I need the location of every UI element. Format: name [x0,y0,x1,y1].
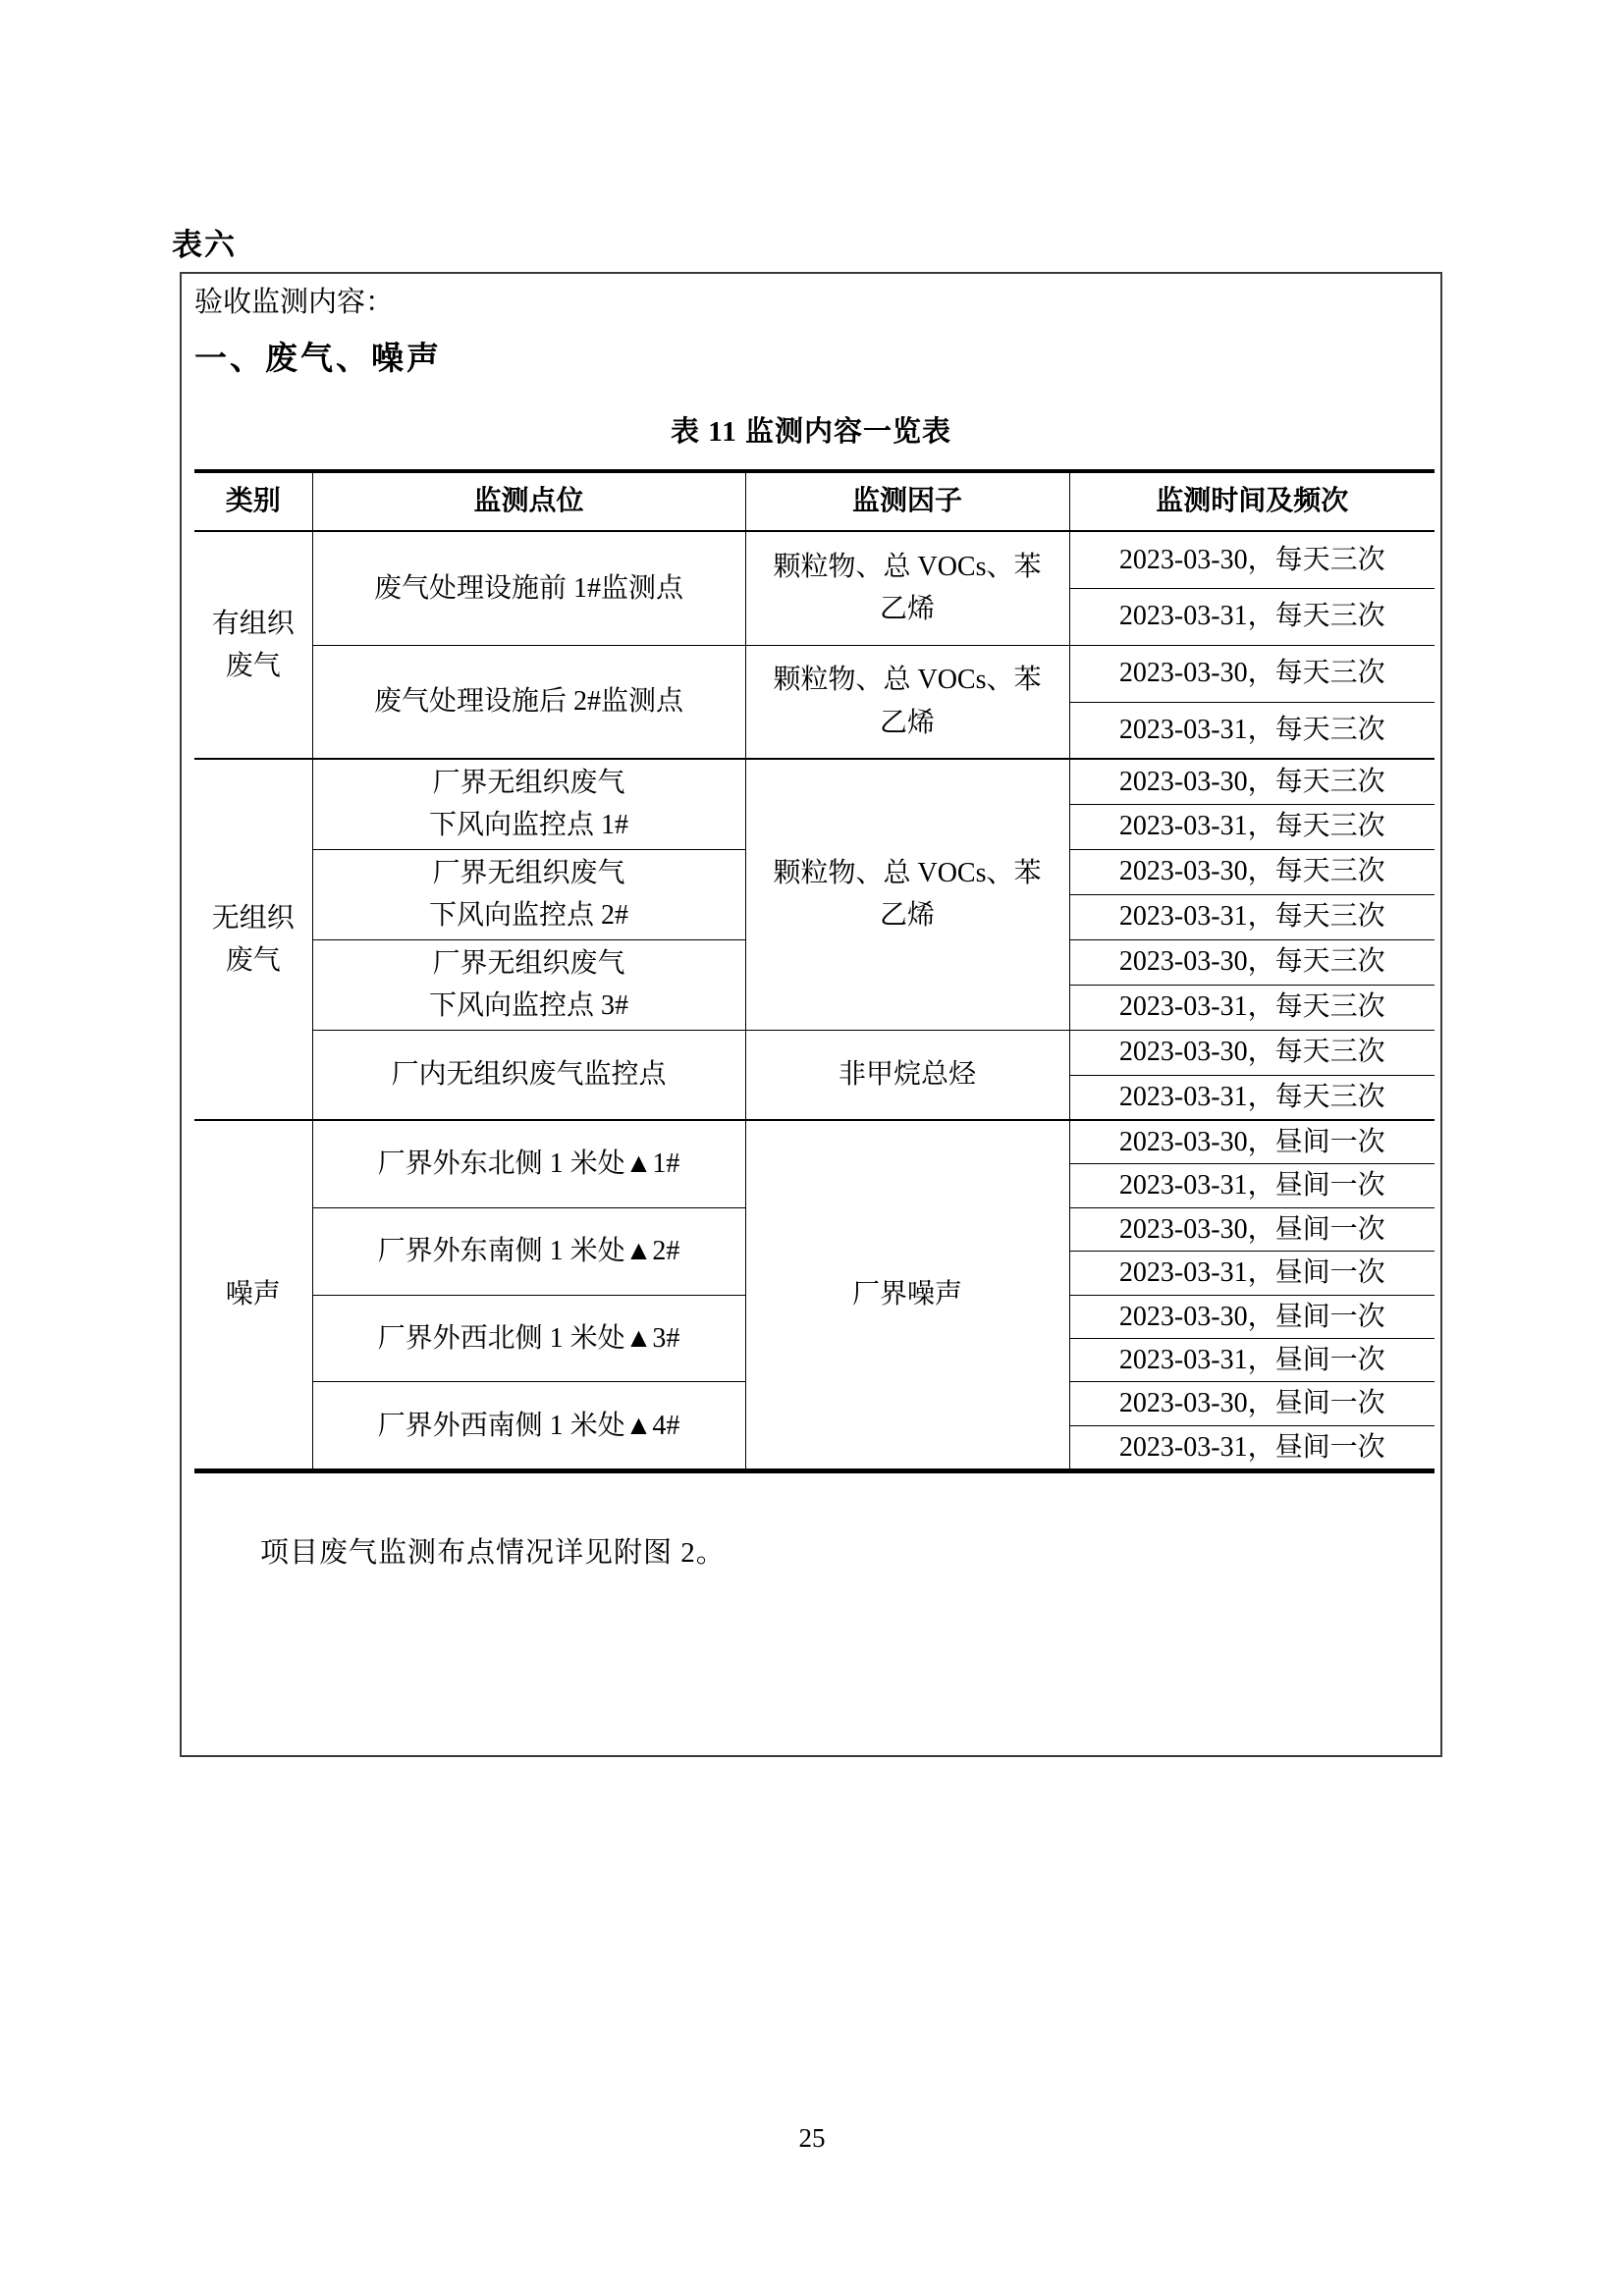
time-cell: 2023-03-30，每天三次 [1069,849,1435,894]
factor-cell-shared: 厂界噪声 [745,1120,1069,1471]
point-cell: 废气处理设施后 2#监测点 [312,645,745,759]
point-cell: 厂界外西北侧 1 米处▲3# [312,1295,745,1382]
category-cell-unorganized-gas: 无组织 废气 [194,759,312,1120]
category-cell-noise: 噪声 [194,1120,312,1471]
table-row: 无组织 废气 厂界无组织废气 下风向监控点 1# 颗粒物、总 VOCs、苯 乙烯… [194,759,1435,804]
monitoring-table: 类别 监测点位 监测因子 监测时间及频次 有组织 废气 废气处理设施前 1#监测… [194,469,1435,1473]
time-cell: 2023-03-30，昼间一次 [1069,1207,1435,1251]
header-category: 类别 [194,471,312,531]
time-cell: 2023-03-31，每天三次 [1069,894,1435,939]
time-cell: 2023-03-30，昼间一次 [1069,1295,1435,1338]
header-point: 监测点位 [312,471,745,531]
page-number: 25 [0,2123,1624,2154]
point-cell: 废气处理设施前 1#监测点 [312,531,745,645]
header-time: 监测时间及频次 [1069,471,1435,531]
factor-cell: 非甲烷总烃 [745,1030,1069,1120]
table-caption: 表 11 监测内容一览表 [182,409,1440,450]
time-cell: 2023-03-30，每天三次 [1069,531,1435,588]
time-cell: 2023-03-30，每天三次 [1069,939,1435,985]
section-heading: 一、废气、噪声 [194,333,442,379]
factor-cell: 颗粒物、总 VOCs、苯 乙烯 [745,531,1069,645]
time-cell: 2023-03-31，每天三次 [1069,1075,1435,1120]
note-text: 项目废气监测布点情况详见附图 2。 [260,1530,726,1571]
point-cell: 厂界无组织废气 下风向监控点 3# [312,939,745,1030]
factor-cell: 颗粒物、总 VOCs、苯 乙烯 [745,645,1069,759]
point-cell: 厂内无组织废气监控点 [312,1030,745,1120]
doc-label: 表六 [172,220,237,264]
table-header-row: 类别 监测点位 监测因子 监测时间及频次 [194,471,1435,531]
time-cell: 2023-03-31，每天三次 [1069,985,1435,1030]
time-cell: 2023-03-31，昼间一次 [1069,1425,1435,1470]
time-cell: 2023-03-30，每天三次 [1069,759,1435,804]
header-factor: 监测因子 [745,471,1069,531]
content-box: 验收监测内容： 一、废气、噪声 表 11 监测内容一览表 类别 监测点位 监测因… [180,272,1442,1757]
point-cell: 厂界无组织废气 下风向监控点 1# [312,759,745,849]
point-cell: 厂界外东北侧 1 米处▲1# [312,1120,745,1207]
time-cell: 2023-03-31，昼间一次 [1069,1252,1435,1295]
point-cell: 厂界无组织废气 下风向监控点 2# [312,849,745,939]
table-row: 有组织 废气 废气处理设施前 1#监测点 颗粒物、总 VOCs、苯 乙烯 202… [194,531,1435,588]
table-row: 废气处理设施后 2#监测点 颗粒物、总 VOCs、苯 乙烯 2023-03-30… [194,645,1435,702]
point-cell: 厂界外西南侧 1 米处▲4# [312,1382,745,1471]
table-row: 厂内无组织废气监控点 非甲烷总烃 2023-03-30，每天三次 [194,1030,1435,1075]
time-cell: 2023-03-31，每天三次 [1069,588,1435,645]
time-cell: 2023-03-30，每天三次 [1069,1030,1435,1075]
box-title: 验收监测内容： [194,280,394,320]
time-cell: 2023-03-30，每天三次 [1069,645,1435,702]
table-row: 噪声 厂界外东北侧 1 米处▲1# 厂界噪声 2023-03-30，昼间一次 [194,1120,1435,1164]
point-cell: 厂界外东南侧 1 米处▲2# [312,1207,745,1295]
time-cell: 2023-03-30，昼间一次 [1069,1120,1435,1164]
time-cell: 2023-03-30，昼间一次 [1069,1382,1435,1425]
time-cell: 2023-03-31，每天三次 [1069,804,1435,849]
time-cell: 2023-03-31，昼间一次 [1069,1164,1435,1207]
time-cell: 2023-03-31，每天三次 [1069,702,1435,759]
time-cell: 2023-03-31，昼间一次 [1069,1338,1435,1381]
factor-cell-shared: 颗粒物、总 VOCs、苯 乙烯 [745,759,1069,1030]
category-cell-organized-gas: 有组织 废气 [194,531,312,759]
document-page: 表六 验收监测内容： 一、废气、噪声 表 11 监测内容一览表 类别 监测点位 … [0,0,1624,2296]
